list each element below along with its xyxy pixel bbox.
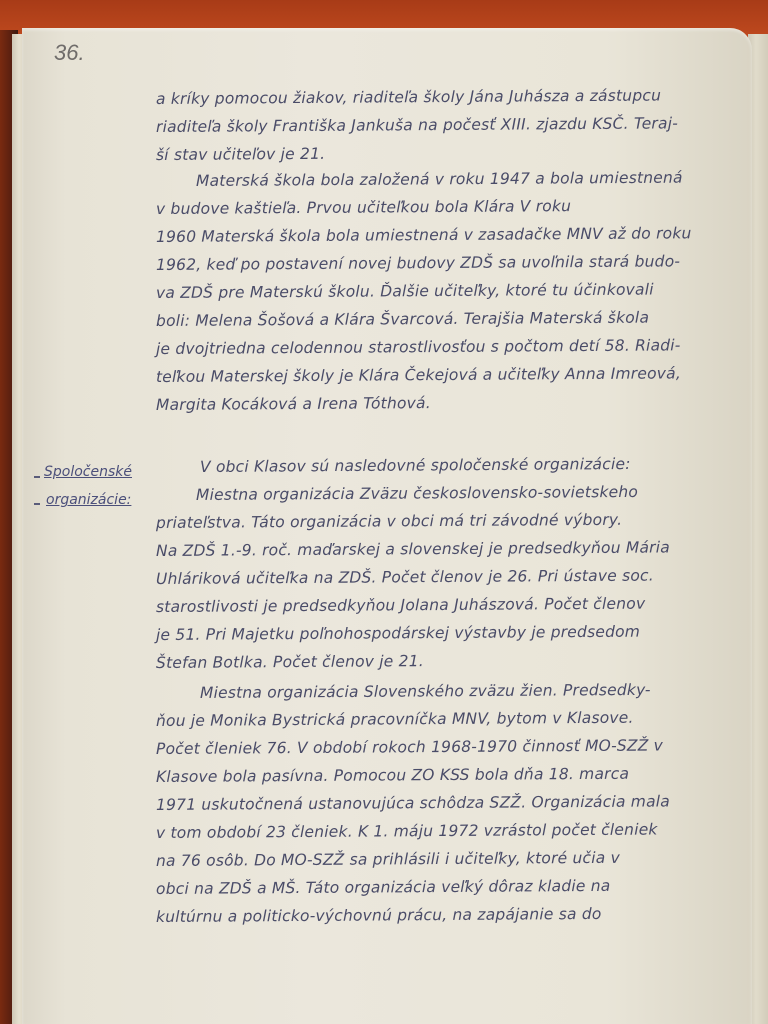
text-line: je dvojtriedna celodennou starostlivosťo… [156, 336, 681, 358]
text-line: ší stav učiteľov je 21. [156, 145, 325, 164]
page-number: 36. [54, 40, 85, 66]
margin-heading-line-2: organizácie: [46, 492, 131, 508]
text-line: V obci Klasov sú nasledovné spoločenské … [200, 455, 631, 476]
text-line: na 76 osôb. Do MO-SZŽ sa prihlásili i uč… [156, 849, 620, 870]
text-line: Klasove bola pasívna. Pomocou ZO KSS bol… [156, 765, 629, 786]
text-line: obci na ZDŠ a MŠ. Táto organizácia veľký… [156, 877, 611, 898]
text-line: kultúrnu a politicko-výchovnú prácu, na … [156, 905, 602, 926]
text-line: teľkou Materskej školy je Klára Čekejová… [156, 364, 681, 386]
text-line: Margita Kocáková a Irena Tóthová. [156, 394, 431, 414]
text-line: Uhláriková učiteľka na ZDŠ. Počet členov… [156, 567, 654, 588]
text-line: ňou je Monika Bystrická pracovníčka MNV,… [156, 709, 634, 730]
text-line: priateľstva. Táto organizácia v obci má … [156, 511, 622, 532]
text-line: riaditeľa školy Františka Jankuša na poč… [156, 114, 678, 136]
text-line: Na ZDŠ 1.-9. roč. maďarskej a slovenskej… [156, 538, 670, 560]
text-line: Materská škola bola založená v roku 1947… [196, 169, 683, 190]
text-line: je 51. Pri Majetku poľnohospodárskej výs… [156, 623, 640, 644]
text-line: starostlivosti je predsedkyňou Jolana Ju… [156, 595, 645, 616]
text-line: a kríky pomocou žiakov, riaditeľa školy … [156, 86, 661, 108]
text-line: 1962, keď po postavení novej budovy ZDŠ … [156, 252, 680, 274]
text-line: Miestna organizácia Slovenského zväzu ži… [200, 681, 651, 702]
text-line: Štefan Botlka. Počet členov je 21. [156, 652, 424, 672]
text-line: 1960 Materská škola bola umiestnená v za… [156, 224, 692, 246]
text-line: Počet členiek 76. V období rokoch 1968-1… [156, 736, 663, 758]
margin-heading-line-1: Spoločenské [44, 464, 132, 480]
text-line: v budove kaštieľa. Prvou učiteľkou bola … [156, 197, 571, 218]
text-line: 1971 uskutočnená ustanovujúca schôdza SZ… [156, 792, 670, 814]
text-line: boli: Melena Šošová a Klára Švarcová. Te… [156, 309, 649, 330]
text-line: v tom období 23 členiek. K 1. máju 1972 … [156, 820, 658, 842]
text-line: va ZDŠ pre Materskú školu. Ďalšie učiteľ… [156, 281, 654, 302]
margin-bullet [34, 476, 40, 478]
margin-bullet [34, 503, 40, 505]
text-line: Miestna organizácia Zväzu československo… [196, 483, 638, 504]
